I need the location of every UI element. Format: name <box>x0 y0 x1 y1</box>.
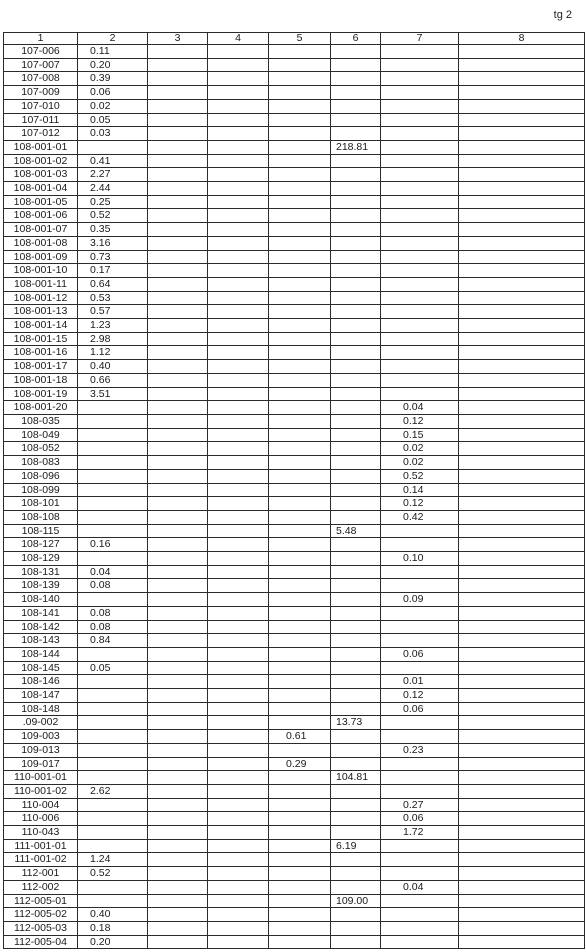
value-cell: 0.09 <box>381 593 459 607</box>
value-cell: 0.20 <box>78 58 148 72</box>
column-header-6: 6 <box>331 33 381 45</box>
value-cell <box>208 154 269 168</box>
value-cell <box>208 469 269 483</box>
table-row: 108-1410.08 <box>4 606 585 620</box>
value-cell <box>381 853 459 867</box>
table-row: 108-001-060.52 <box>4 209 585 223</box>
table-row: 108-001-193.51 <box>4 387 585 401</box>
value-cell <box>269 894 331 908</box>
value-cell <box>148 99 208 113</box>
value-cell <box>148 894 208 908</box>
value-cell <box>148 332 208 346</box>
value-cell <box>78 483 148 497</box>
table-row: 107-0060.11 <box>4 45 585 59</box>
value-cell <box>208 812 269 826</box>
value-cell <box>381 606 459 620</box>
row-id-cell: 108-001-03 <box>4 168 78 182</box>
value-cell: 0.12 <box>381 497 459 511</box>
value-cell <box>381 127 459 141</box>
value-cell <box>331 99 381 113</box>
value-cell <box>459 250 585 264</box>
value-cell <box>331 414 381 428</box>
value-cell <box>269 826 331 840</box>
value-cell <box>148 771 208 785</box>
value-cell <box>459 291 585 305</box>
row-id-cell: 108-101 <box>4 497 78 511</box>
value-cell: 2.98 <box>78 332 148 346</box>
value-cell <box>269 922 331 936</box>
value-cell <box>78 401 148 415</box>
value-cell <box>148 757 208 771</box>
value-cell <box>381 784 459 798</box>
value-cell <box>459 730 585 744</box>
value-cell <box>459 538 585 552</box>
value-cell <box>148 483 208 497</box>
value-cell <box>148 524 208 538</box>
value-cell <box>331 908 381 922</box>
row-id-cell: 108-001-09 <box>4 250 78 264</box>
value-cell <box>459 305 585 319</box>
value-cell <box>148 620 208 634</box>
row-id-cell: 109-017 <box>4 757 78 771</box>
value-cell <box>459 182 585 196</box>
value-cell <box>269 182 331 196</box>
table-row: 108-001-070.35 <box>4 223 585 237</box>
value-cell <box>208 922 269 936</box>
value-cell: 0.04 <box>381 401 459 415</box>
row-id-cell: 112-005-03 <box>4 922 78 936</box>
row-id-cell: 107-008 <box>4 72 78 86</box>
value-cell <box>269 867 331 881</box>
value-cell <box>381 154 459 168</box>
value-cell <box>148 579 208 593</box>
value-cell <box>148 168 208 182</box>
value-cell <box>269 743 331 757</box>
value-cell <box>459 277 585 291</box>
row-id-cell: 108-129 <box>4 552 78 566</box>
value-cell <box>381 661 459 675</box>
column-header-7: 7 <box>381 33 459 45</box>
row-id-cell: 108-001-20 <box>4 401 78 415</box>
value-cell <box>148 414 208 428</box>
value-cell <box>381 168 459 182</box>
value-cell: 0.06 <box>381 812 459 826</box>
value-cell <box>331 291 381 305</box>
row-id-cell: 112-005-01 <box>4 894 78 908</box>
row-id-cell: 108-001-19 <box>4 387 78 401</box>
value-cell <box>208 784 269 798</box>
table-row: 110-0060.06 <box>4 812 585 826</box>
column-header-4: 4 <box>208 33 269 45</box>
value-cell <box>148 922 208 936</box>
row-id-cell: 107-007 <box>4 58 78 72</box>
value-cell <box>148 360 208 374</box>
row-id-cell: 111-001-02 <box>4 853 78 867</box>
value-cell <box>381 538 459 552</box>
value-cell: 0.06 <box>381 647 459 661</box>
value-cell <box>269 332 331 346</box>
value-cell <box>148 127 208 141</box>
value-cell <box>381 373 459 387</box>
table-row: 108-001-130.57 <box>4 305 585 319</box>
table-row: .09-00213.73 <box>4 716 585 730</box>
value-cell <box>381 264 459 278</box>
value-cell: 0.25 <box>78 195 148 209</box>
value-cell <box>459 72 585 86</box>
row-id-cell: 108-001-08 <box>4 236 78 250</box>
value-cell <box>269 689 331 703</box>
value-cell <box>148 702 208 716</box>
row-id-cell: 108-001-05 <box>4 195 78 209</box>
value-cell <box>269 442 331 456</box>
value-cell <box>331 538 381 552</box>
value-cell <box>381 140 459 154</box>
value-cell <box>148 675 208 689</box>
value-cell <box>269 127 331 141</box>
value-cell: 0.16 <box>78 538 148 552</box>
value-cell <box>331 456 381 470</box>
value-cell <box>78 456 148 470</box>
value-cell <box>459 140 585 154</box>
value-cell <box>208 277 269 291</box>
value-cell <box>459 880 585 894</box>
table-row: 108-1400.09 <box>4 593 585 607</box>
value-cell <box>459 922 585 936</box>
value-cell <box>148 305 208 319</box>
value-cell <box>459 798 585 812</box>
value-cell <box>269 524 331 538</box>
value-cell <box>331 428 381 442</box>
value-cell <box>148 401 208 415</box>
row-id-cell: 110-006 <box>4 812 78 826</box>
value-cell <box>78 730 148 744</box>
table-row: 112-005-020.40 <box>4 908 585 922</box>
value-cell <box>269 456 331 470</box>
table-row: 111-001-021.24 <box>4 853 585 867</box>
value-cell <box>269 620 331 634</box>
row-id-cell: 110-001-01 <box>4 771 78 785</box>
row-id-cell: 107-009 <box>4 86 78 100</box>
value-cell <box>269 414 331 428</box>
value-cell <box>269 606 331 620</box>
value-cell <box>208 360 269 374</box>
value-cell <box>331 58 381 72</box>
value-cell: 0.84 <box>78 634 148 648</box>
value-cell <box>208 168 269 182</box>
value-cell <box>269 510 331 524</box>
value-cell <box>381 771 459 785</box>
value-cell <box>331 647 381 661</box>
value-cell <box>459 332 585 346</box>
value-cell <box>78 510 148 524</box>
value-cell <box>148 839 208 853</box>
value-cell <box>208 552 269 566</box>
value-cell <box>208 86 269 100</box>
value-cell <box>148 606 208 620</box>
value-cell <box>381 209 459 223</box>
value-cell <box>331 661 381 675</box>
value-cell <box>459 483 585 497</box>
value-cell: 0.61 <box>269 730 331 744</box>
value-cell <box>269 140 331 154</box>
value-cell <box>269 401 331 415</box>
value-cell <box>269 784 331 798</box>
value-cell <box>148 428 208 442</box>
value-cell <box>208 291 269 305</box>
value-cell <box>381 72 459 86</box>
table-row: 108-1460.01 <box>4 675 585 689</box>
value-cell <box>208 908 269 922</box>
value-cell: 0.57 <box>78 305 148 319</box>
value-cell: 0.03 <box>78 127 148 141</box>
value-cell <box>459 264 585 278</box>
table-row: 107-0110.05 <box>4 113 585 127</box>
table-row: 107-0070.20 <box>4 58 585 72</box>
value-cell <box>459 702 585 716</box>
value-cell: 0.14 <box>381 483 459 497</box>
value-cell: 0.23 <box>381 743 459 757</box>
value-cell <box>331 867 381 881</box>
table-row: 108-001-083.16 <box>4 236 585 250</box>
value-cell <box>381 86 459 100</box>
value-cell <box>459 195 585 209</box>
row-id-cell: 108-001-12 <box>4 291 78 305</box>
table-row: 112-0010.52 <box>4 867 585 881</box>
value-cell <box>78 140 148 154</box>
row-id-cell: 108-144 <box>4 647 78 661</box>
value-cell <box>269 360 331 374</box>
value-cell <box>331 182 381 196</box>
value-cell <box>208 346 269 360</box>
value-cell <box>459 771 585 785</box>
row-id-cell: 108-131 <box>4 565 78 579</box>
value-cell: 0.08 <box>78 606 148 620</box>
value-cell: 0.17 <box>78 264 148 278</box>
value-cell: 2.44 <box>78 182 148 196</box>
value-cell <box>269 113 331 127</box>
value-cell <box>148 593 208 607</box>
table-row: 112-0020.04 <box>4 880 585 894</box>
value-cell: 2.27 <box>78 168 148 182</box>
value-cell: 0.52 <box>381 469 459 483</box>
value-cell <box>78 647 148 661</box>
value-cell <box>148 209 208 223</box>
value-cell <box>269 99 331 113</box>
value-cell <box>208 45 269 59</box>
value-cell <box>208 661 269 675</box>
value-cell <box>381 839 459 853</box>
value-cell <box>459 524 585 538</box>
row-id-cell: 108-083 <box>4 456 78 470</box>
value-cell <box>148 264 208 278</box>
value-cell <box>208 401 269 415</box>
value-cell <box>78 771 148 785</box>
table-row: 108-0960.52 <box>4 469 585 483</box>
value-cell <box>208 510 269 524</box>
table-row: 111-001-016.19 <box>4 839 585 853</box>
value-cell <box>459 812 585 826</box>
value-cell <box>269 579 331 593</box>
value-cell <box>459 661 585 675</box>
value-cell <box>208 867 269 881</box>
value-cell <box>148 853 208 867</box>
table-body: 107-0060.11107-0070.20107-0080.39107-009… <box>4 45 585 949</box>
value-cell <box>459 223 585 237</box>
value-cell <box>381 305 459 319</box>
value-cell <box>331 853 381 867</box>
table-row: 108-0520.02 <box>4 442 585 456</box>
row-id-cell: 108-001-15 <box>4 332 78 346</box>
table-row: 109-0030.61 <box>4 730 585 744</box>
value-cell <box>381 387 459 401</box>
table-row: 108-0350.12 <box>4 414 585 428</box>
table-row: 112-005-040.20 <box>4 935 585 949</box>
value-cell <box>381 319 459 333</box>
value-cell <box>459 113 585 127</box>
value-cell <box>208 236 269 250</box>
row-id-cell: 108-142 <box>4 620 78 634</box>
value-cell <box>269 195 331 209</box>
row-id-cell: 108-001-07 <box>4 223 78 237</box>
value-cell <box>269 250 331 264</box>
value-cell <box>148 647 208 661</box>
value-cell <box>459 387 585 401</box>
value-cell: 0.10 <box>381 552 459 566</box>
value-cell: 0.11 <box>78 45 148 59</box>
value-cell <box>381 524 459 538</box>
value-cell <box>148 72 208 86</box>
table-row: 109-0130.23 <box>4 743 585 757</box>
value-cell <box>331 195 381 209</box>
table-row: 108-1430.84 <box>4 634 585 648</box>
value-cell <box>208 894 269 908</box>
value-cell <box>331 154 381 168</box>
table-row: 107-0080.39 <box>4 72 585 86</box>
row-id-cell: .09-002 <box>4 716 78 730</box>
row-id-cell: 109-003 <box>4 730 78 744</box>
value-cell <box>148 456 208 470</box>
value-cell <box>331 277 381 291</box>
row-id-cell: 108-139 <box>4 579 78 593</box>
row-id-cell: 108-140 <box>4 593 78 607</box>
value-cell <box>459 867 585 881</box>
value-cell <box>78 702 148 716</box>
value-cell <box>459 346 585 360</box>
value-cell <box>78 839 148 853</box>
row-id-cell: 112-005-04 <box>4 935 78 949</box>
table-row: 108-001-161.12 <box>4 346 585 360</box>
value-cell <box>148 45 208 59</box>
row-id-cell: 108-001-16 <box>4 346 78 360</box>
value-cell <box>208 634 269 648</box>
value-cell <box>459 743 585 757</box>
value-cell <box>208 593 269 607</box>
value-cell <box>269 593 331 607</box>
value-cell <box>331 223 381 237</box>
value-cell <box>381 634 459 648</box>
page-label: tg 2 <box>554 9 572 21</box>
value-cell <box>381 565 459 579</box>
table-row: 108-1310.04 <box>4 565 585 579</box>
value-cell <box>459 579 585 593</box>
table-row: 109-0170.29 <box>4 757 585 771</box>
value-cell <box>459 647 585 661</box>
row-id-cell: 108-146 <box>4 675 78 689</box>
value-cell <box>331 812 381 826</box>
value-cell <box>459 99 585 113</box>
table-row: 108-001-042.44 <box>4 182 585 196</box>
value-cell <box>381 99 459 113</box>
value-cell: 0.39 <box>78 72 148 86</box>
value-cell <box>331 373 381 387</box>
value-cell <box>381 935 459 949</box>
value-cell <box>78 880 148 894</box>
table-row: 108-0830.02 <box>4 456 585 470</box>
value-cell <box>208 182 269 196</box>
value-cell <box>208 798 269 812</box>
value-cell <box>208 689 269 703</box>
value-cell <box>269 647 331 661</box>
value-cell <box>269 839 331 853</box>
value-cell <box>208 387 269 401</box>
value-cell <box>78 716 148 730</box>
value-cell <box>331 552 381 566</box>
value-cell <box>269 812 331 826</box>
value-cell: 104.81 <box>331 771 381 785</box>
value-cell <box>148 730 208 744</box>
value-cell <box>381 332 459 346</box>
value-cell <box>148 373 208 387</box>
value-cell <box>381 757 459 771</box>
value-cell <box>459 154 585 168</box>
value-cell: 0.40 <box>78 908 148 922</box>
table-row: 108-001-152.98 <box>4 332 585 346</box>
value-cell <box>269 771 331 785</box>
value-cell <box>269 675 331 689</box>
value-cell <box>269 716 331 730</box>
value-cell <box>459 401 585 415</box>
value-cell <box>208 716 269 730</box>
value-cell <box>459 826 585 840</box>
value-cell: 0.53 <box>78 291 148 305</box>
value-cell <box>269 497 331 511</box>
value-cell <box>459 757 585 771</box>
value-cell <box>459 209 585 223</box>
value-cell <box>148 154 208 168</box>
value-cell <box>381 291 459 305</box>
value-cell <box>148 867 208 881</box>
row-id-cell: 108-108 <box>4 510 78 524</box>
row-id-cell: 108-141 <box>4 606 78 620</box>
value-cell <box>269 277 331 291</box>
value-cell <box>269 72 331 86</box>
value-cell <box>459 442 585 456</box>
value-cell <box>208 140 269 154</box>
column-header-8: 8 <box>459 33 585 45</box>
table-row: 107-0100.02 <box>4 99 585 113</box>
table-row: 108-1420.08 <box>4 620 585 634</box>
value-cell: 0.40 <box>78 360 148 374</box>
row-id-cell: 107-010 <box>4 99 78 113</box>
row-id-cell: 107-012 <box>4 127 78 141</box>
value-cell <box>78 689 148 703</box>
value-cell <box>148 442 208 456</box>
value-cell <box>148 826 208 840</box>
row-id-cell: 108-001-17 <box>4 360 78 374</box>
value-cell <box>331 798 381 812</box>
value-cell <box>331 469 381 483</box>
value-cell: 0.66 <box>78 373 148 387</box>
